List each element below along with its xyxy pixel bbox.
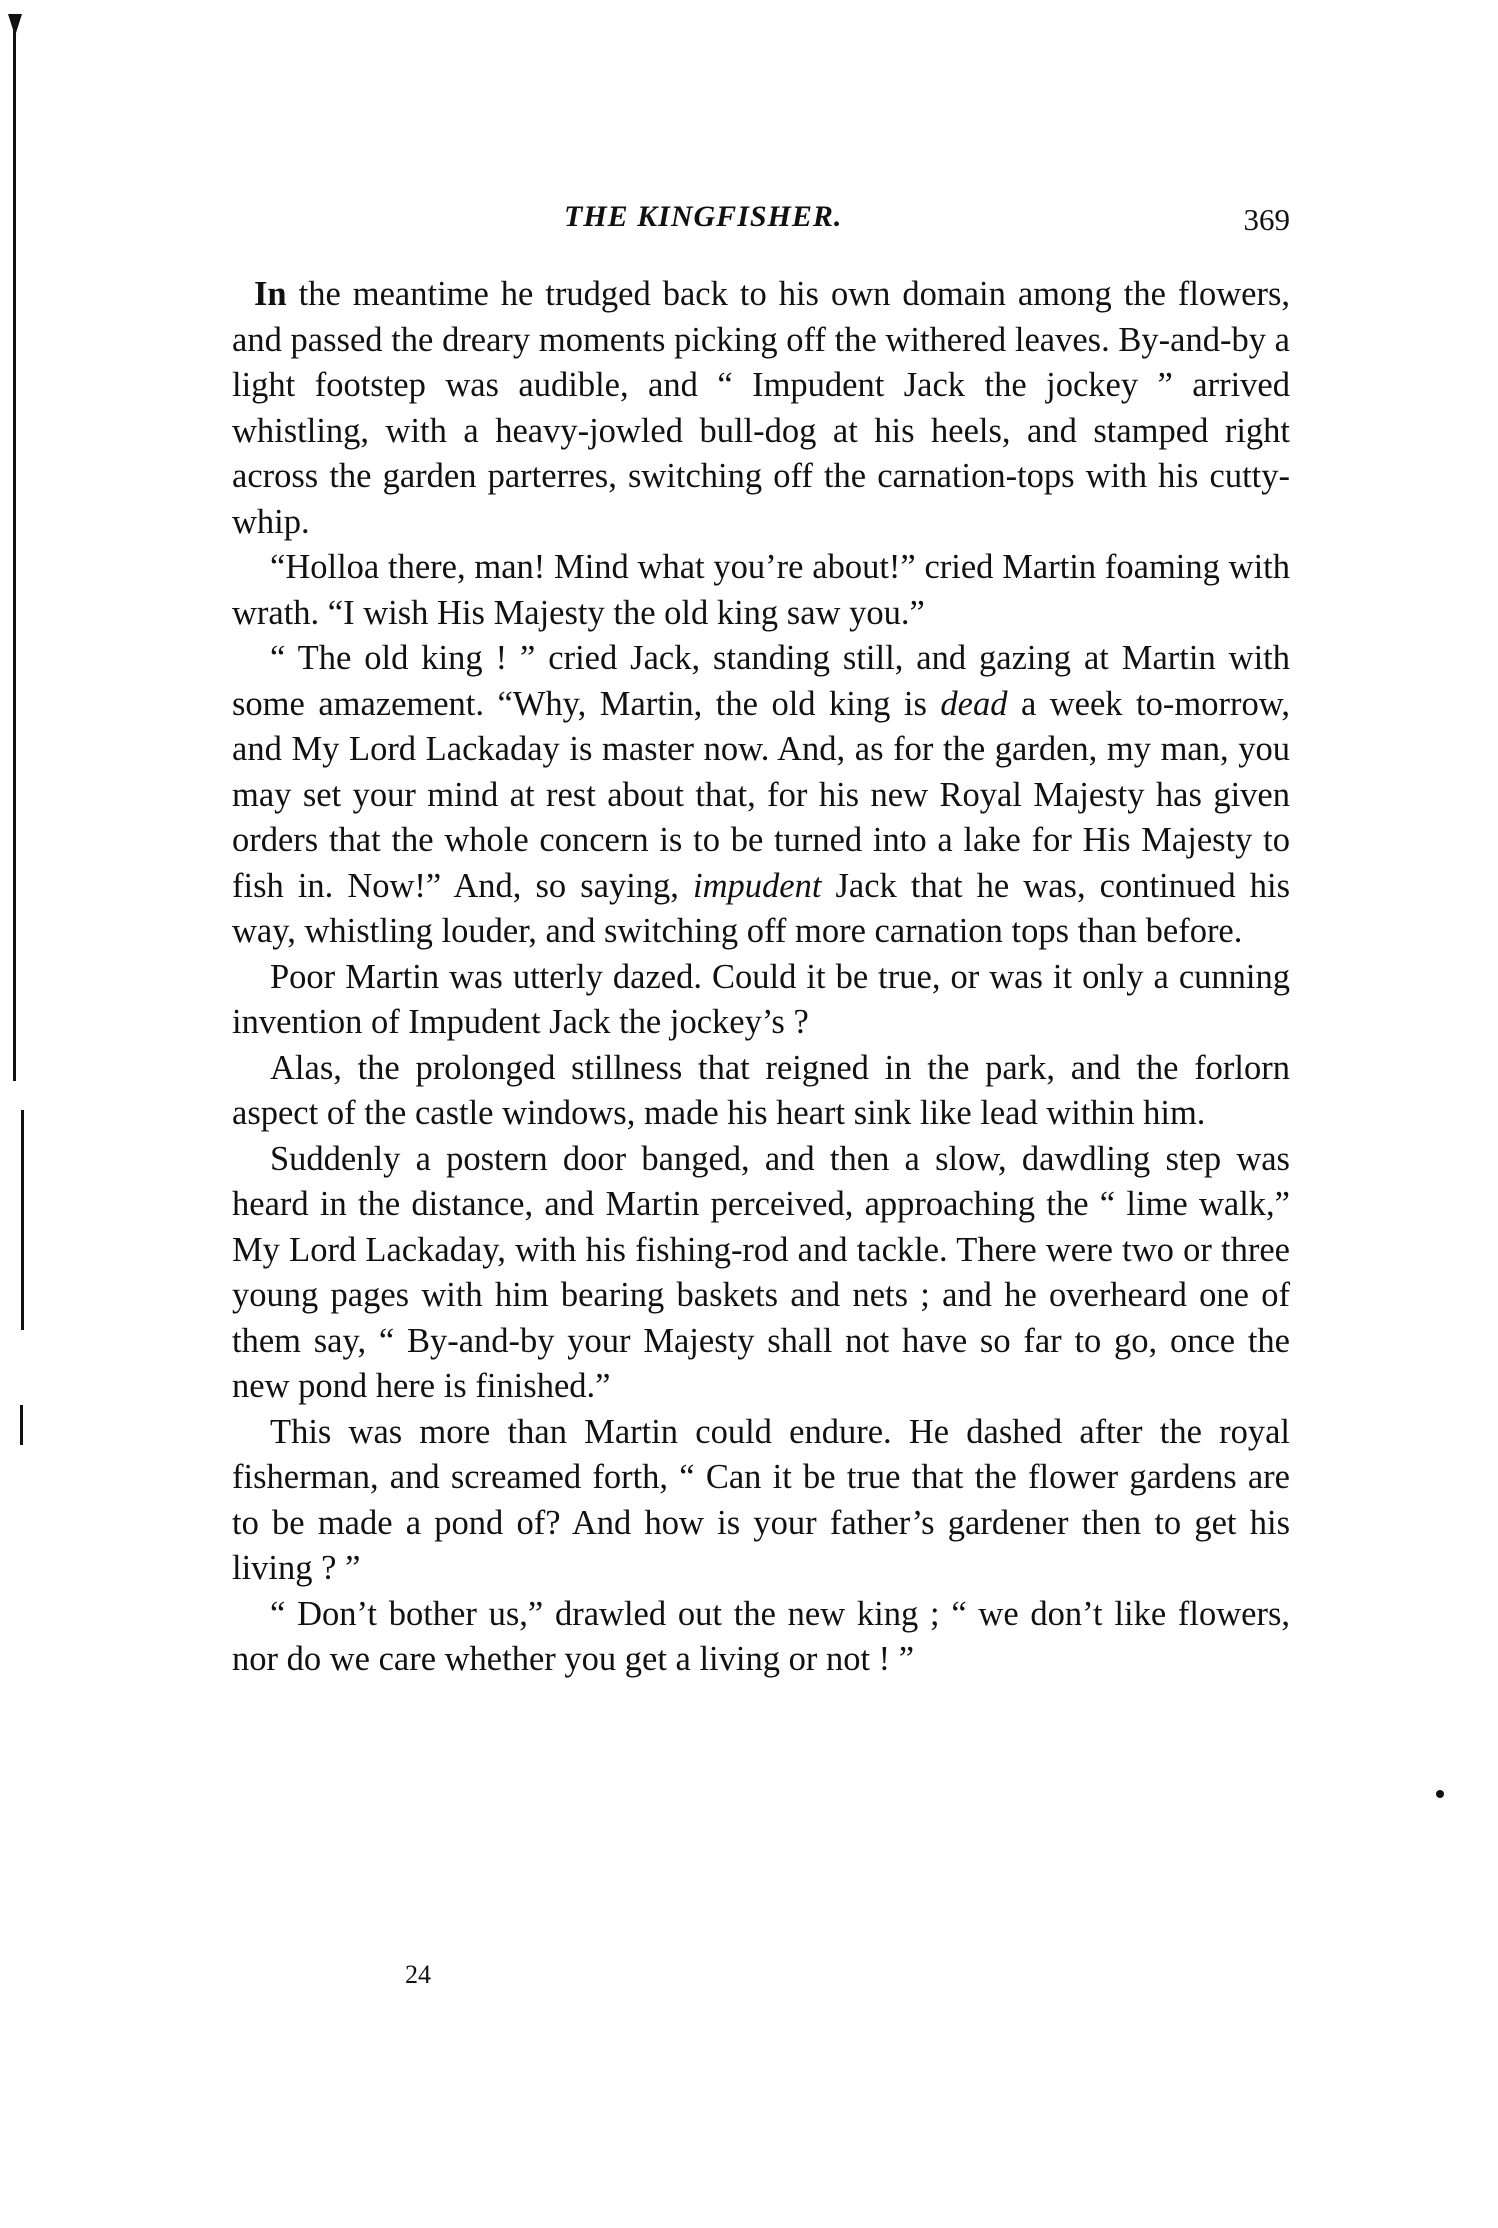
margin-rule bbox=[21, 1110, 24, 1330]
paragraph: “Holloa there, man! Mind what you’re abo… bbox=[232, 545, 1290, 636]
body-text: In the meantime he trudged back to his o… bbox=[232, 272, 1290, 1683]
margin-rule bbox=[13, 16, 16, 1081]
page-number: 369 bbox=[1244, 202, 1291, 238]
paragraph: In the meantime he trudged back to his o… bbox=[232, 272, 1290, 545]
paragraph: Alas, the prolonged stillness that reign… bbox=[232, 1046, 1290, 1137]
emphasis: impudent bbox=[693, 867, 821, 905]
paragraph: “ Don’t bother us,” drawled out the new … bbox=[232, 1592, 1290, 1683]
paragraph-text: Poor Martin was utterly dazed. Could it … bbox=[232, 958, 1290, 1042]
paragraph: “ The old king ! ” cried Jack, standing … bbox=[232, 636, 1290, 955]
paragraph-text: Alas, the prolonged stillness that reign… bbox=[232, 1049, 1290, 1133]
signature-mark: 24 bbox=[405, 1960, 431, 1990]
paragraph-text: “Holloa there, man! Mind what you’re abo… bbox=[232, 548, 1290, 632]
paragraph-text: This was more than Martin could endure. … bbox=[232, 1413, 1290, 1588]
paragraph: Poor Martin was utterly dazed. Could it … bbox=[232, 955, 1290, 1046]
ink-speck bbox=[1436, 1790, 1444, 1798]
paragraph: Suddenly a postern door banged, and then… bbox=[232, 1137, 1290, 1410]
margin-rule-arrow-icon bbox=[8, 14, 22, 36]
paragraph-text: “ Don’t bother us,” drawled out the new … bbox=[232, 1595, 1290, 1679]
paragraph-text: the meantime he trudged back to his own … bbox=[232, 275, 1290, 541]
running-title: THE KINGFISHER. bbox=[564, 200, 842, 234]
emphasis: dead bbox=[940, 685, 1007, 723]
margin-rule bbox=[20, 1405, 23, 1445]
paragraph-lead: In bbox=[254, 275, 287, 313]
page-header: THE KINGFISHER. 369 bbox=[232, 200, 1290, 240]
paragraph-text: Suddenly a postern door banged, and then… bbox=[232, 1140, 1290, 1406]
paragraph: This was more than Martin could endure. … bbox=[232, 1410, 1290, 1592]
